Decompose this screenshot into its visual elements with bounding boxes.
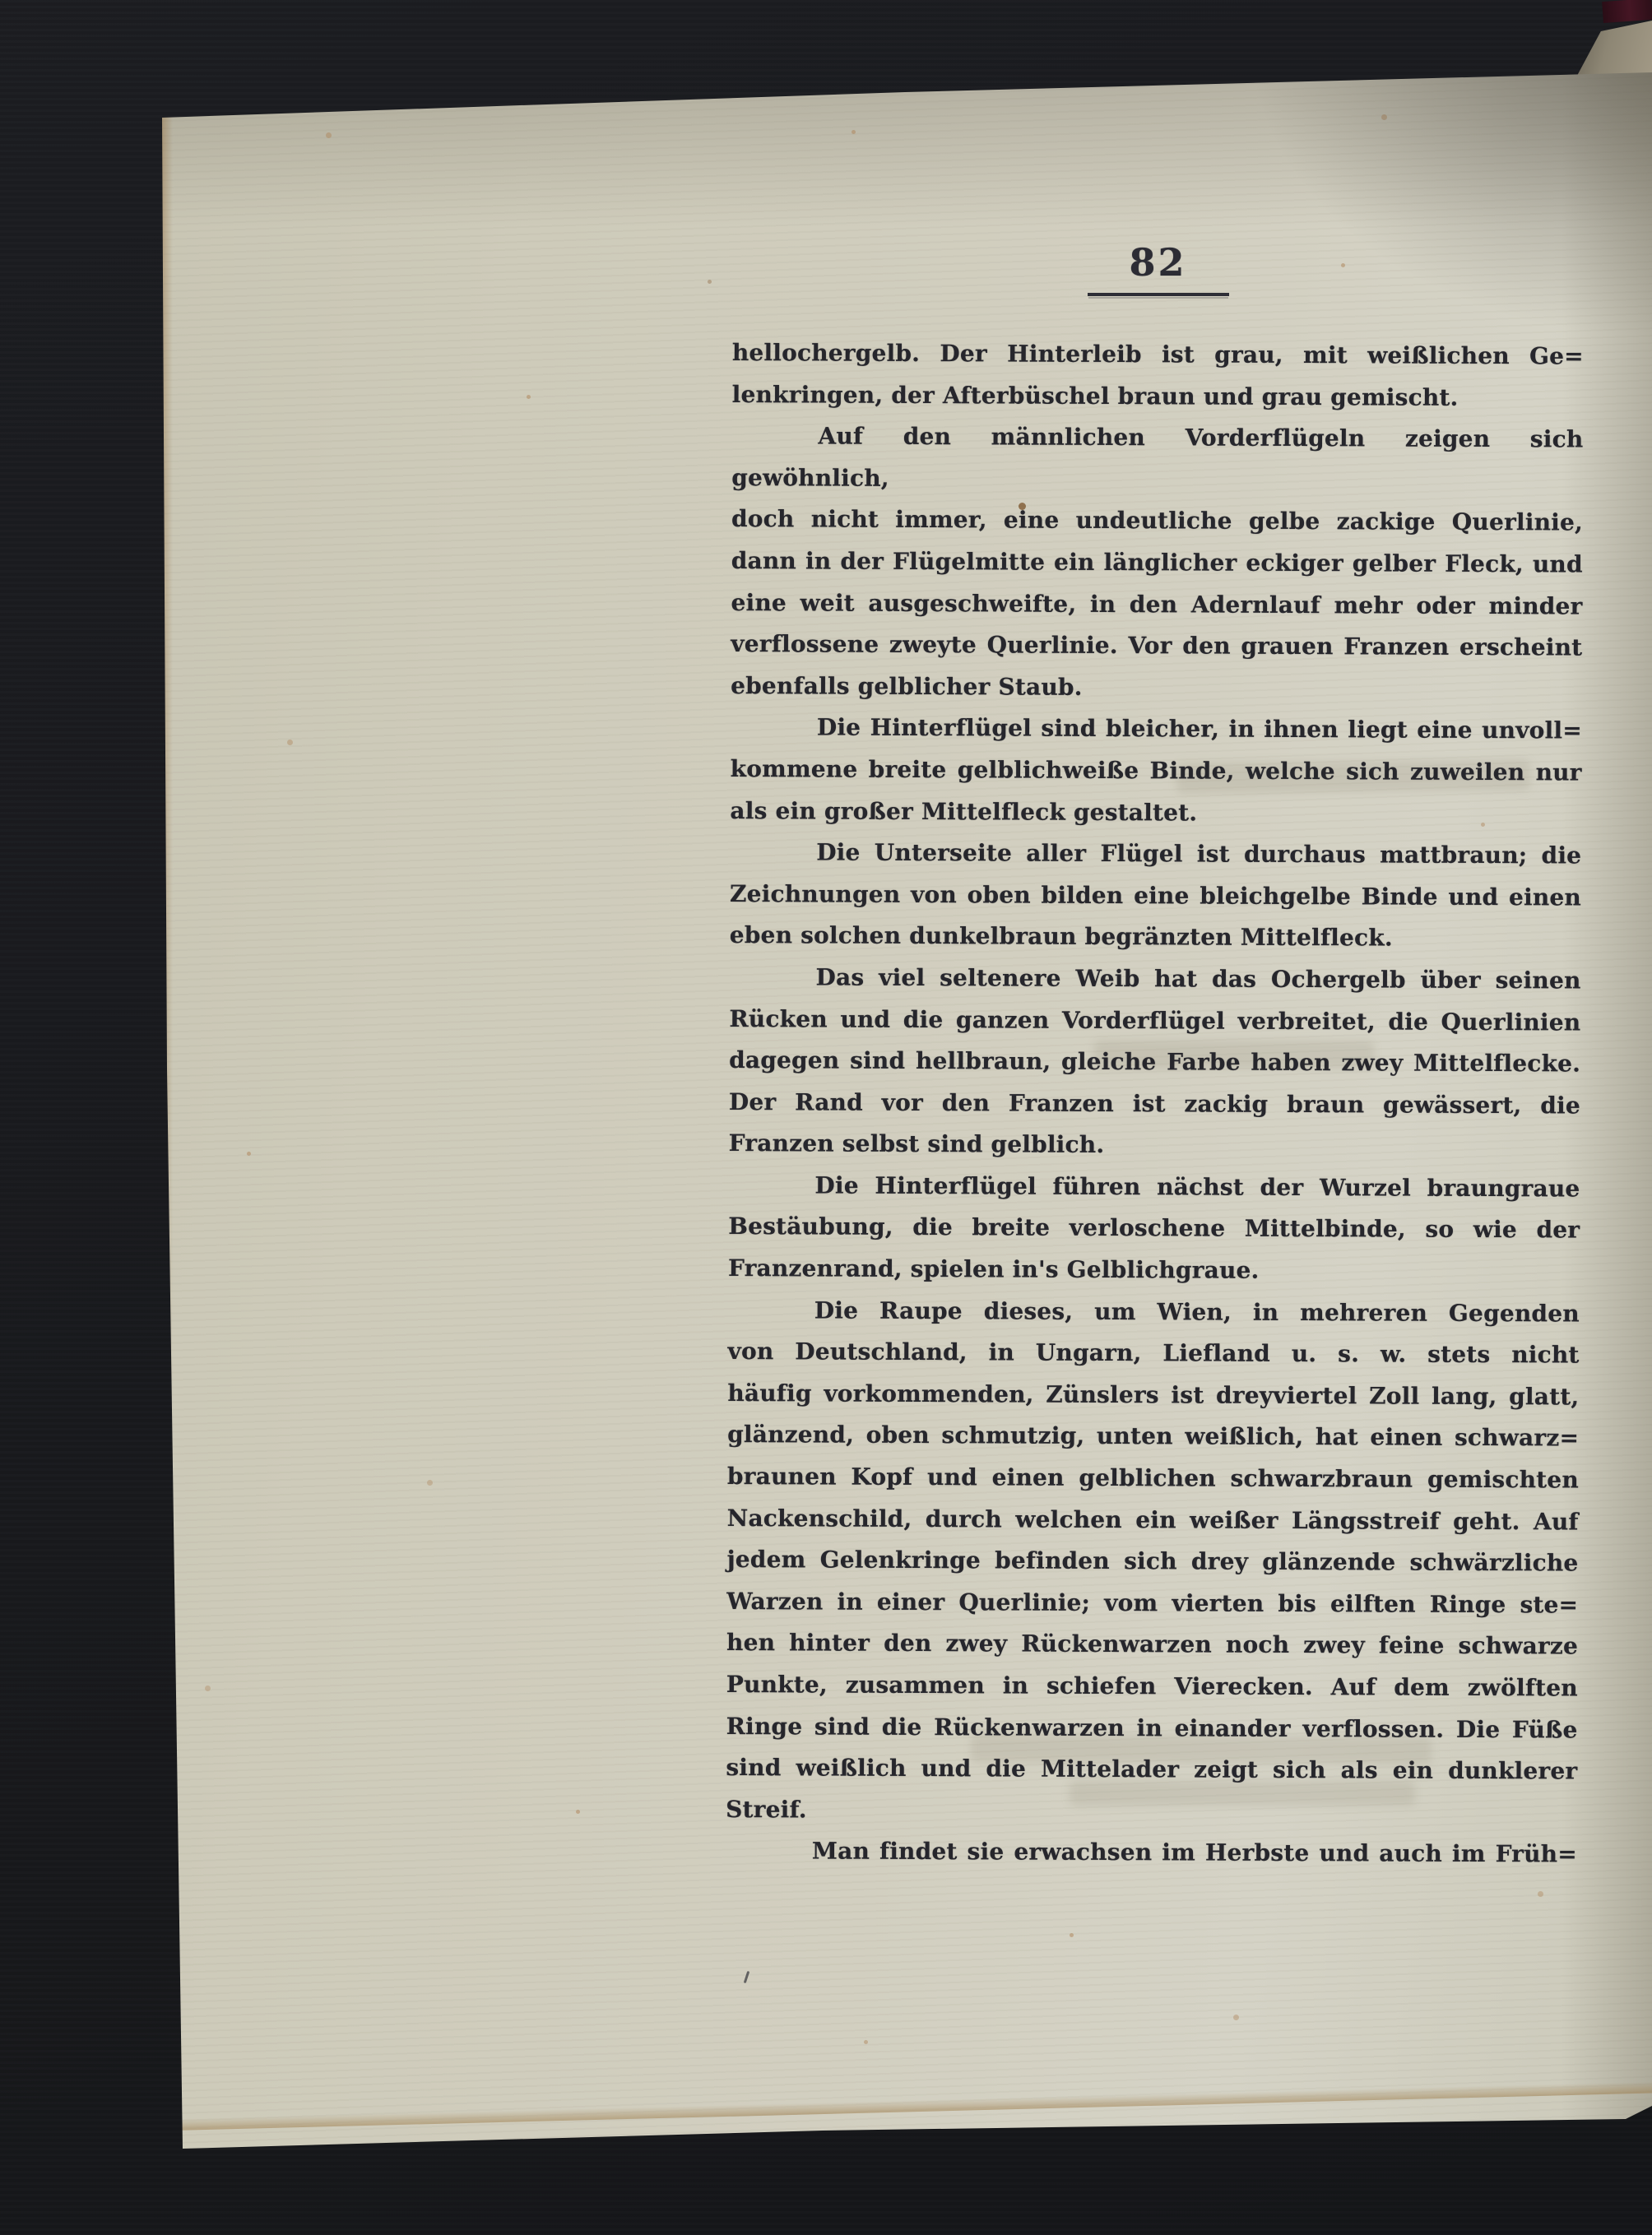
text-line: braunen Kopf und einen gelblichen schwar…	[727, 1456, 1579, 1501]
book-page: 82 hellochergelb. Der Hinterleib ist gra…	[0, 0, 1652, 2235]
text-line: Man findet sie erwachsen im Herbste und …	[726, 1830, 1577, 1876]
text-line: hellochergelb. Der Hinterleib ist grau, …	[732, 332, 1584, 378]
text-line: Die Unterseite aller Flügel ist durchaus…	[730, 832, 1581, 877]
text-line: Auf den männlichen Vorderflügeln zeigen …	[731, 415, 1583, 503]
text-line: lenkringen, der Afterbüschel braun und g…	[732, 374, 1584, 420]
paper-foxing-specks	[0, 0, 4, 4]
text-line: dann in der Flügelmitte ein länglicher e…	[731, 540, 1583, 586]
text-line: Die Raupe dieses, um Wien, in mehreren G…	[728, 1290, 1580, 1335]
text-line: Die Hinterflügel führen nächst der Wurze…	[728, 1165, 1580, 1210]
text-line: ebenfalls gelblicher Staub.	[731, 665, 1582, 711]
text-line: Zeichnungen von oben bilden eine bleichg…	[730, 874, 1581, 919]
text-line: Die Hinterflügel sind bleicher, in ihnen…	[731, 707, 1582, 752]
text-line: verflossene zweyte Querlinie. Vor den gr…	[731, 624, 1582, 669]
text-line: Franzenrand, spielen in's Gelblichgraue.	[728, 1248, 1580, 1293]
text-line: Bestäubung, die breite verloschene Mitte…	[728, 1206, 1580, 1251]
text-line: Punkte, zusammen in schiefen Vierecken. …	[726, 1664, 1578, 1709]
text-block: hellochergelb. Der Hinterleib ist grau, …	[726, 332, 1584, 1876]
text-line: dagegen sind hellbraun, gleiche Farbe ha…	[729, 1040, 1580, 1085]
text-line: glänzend, oben schmutzig, unten weißlich…	[727, 1414, 1579, 1459]
book-headband	[1602, 0, 1652, 23]
text-line: hen hinter den zwey Rückenwarzen noch zw…	[726, 1622, 1578, 1667]
page-number-rule	[1088, 293, 1229, 296]
text-line: sind weißlich und die Mittelader zeigt s…	[726, 1747, 1577, 1792]
page-header: 82	[732, 240, 1584, 296]
text-line: eben solchen dunkelbraun begränzten Mitt…	[730, 915, 1581, 960]
text-line: jedem Gelenkringe befinden sich drey glä…	[726, 1539, 1578, 1584]
text-line: Warzen in einer Querlinie; vom vierten b…	[726, 1581, 1578, 1626]
text-line: Ringe sind die Rückenwarzen in einander …	[726, 1706, 1577, 1751]
text-line: Streif.	[726, 1789, 1577, 1834]
text-line: Nackenschild, durch welchen ein weißer L…	[727, 1498, 1579, 1543]
text-line: Franzen selbst sind gelblich.	[729, 1123, 1580, 1168]
text-line: als ein großer Mittelfleck gestaltet.	[730, 791, 1581, 836]
text-line: von Deutschland, in Ungarn, Liefland u. …	[727, 1331, 1579, 1376]
text-line: Das viel seltenere Weib hat das Ochergel…	[729, 957, 1580, 1002]
stray-ink-mark	[744, 1971, 749, 1983]
scanned-book-photo: 82 hellochergelb. Der Hinterleib ist gra…	[0, 0, 1652, 2235]
text-line: eine weit ausgeschweifte, in den Adernla…	[731, 582, 1582, 628]
text-line: doch nicht immer, eine undeutliche gelbe…	[731, 498, 1583, 544]
text-line: kommene breite gelblichweiße Binde, welc…	[731, 749, 1582, 794]
page-bottom-edge-tint	[173, 2081, 1652, 2131]
text-line: Rücken und die ganzen Vorderflügel verbr…	[729, 998, 1580, 1043]
page-number: 82	[732, 240, 1584, 285]
text-line: Der Rand vor den Franzen ist zackig brau…	[729, 1082, 1580, 1127]
page-left-edge-tint	[160, 115, 173, 2151]
text-line: häufig vorkommenden, Zünslers ist dreyvi…	[727, 1373, 1579, 1418]
